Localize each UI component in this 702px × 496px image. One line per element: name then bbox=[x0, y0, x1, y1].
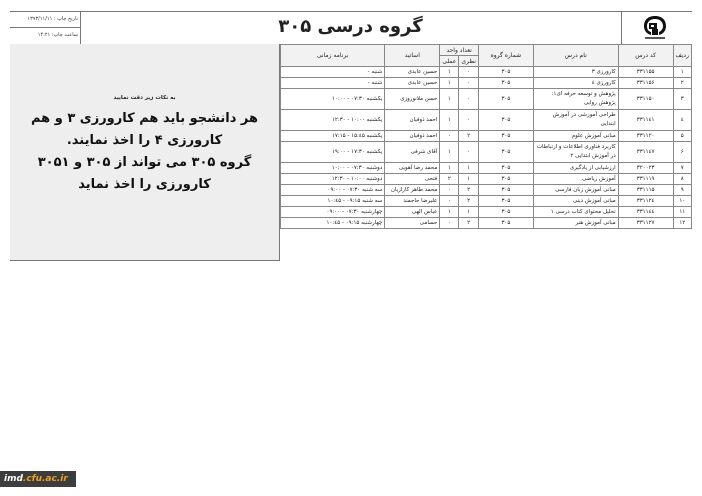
header-units: تعداد واحد bbox=[440, 45, 479, 56]
practical-units: ۰ bbox=[440, 131, 459, 142]
group-number: ۳۰۵ bbox=[478, 78, 533, 89]
course-name: مبانی آموزش علوم bbox=[533, 131, 618, 142]
note-line-1: هر دانشجو باید هم کارورزی ۳ و هم کارورزی… bbox=[10, 108, 279, 152]
header-name: نام درس bbox=[533, 45, 618, 67]
schedule: شنبه - bbox=[281, 78, 385, 89]
course-code: ۳۳۱۱۵۵ bbox=[618, 67, 673, 78]
header-code: کد درس bbox=[618, 45, 673, 67]
group-number: ۳۰۵ bbox=[478, 196, 533, 207]
course-code: ۳۳۱۱۱۵ bbox=[618, 185, 673, 196]
course-code: ۳۳۱۱۲۷ bbox=[618, 218, 673, 229]
row-no: ۱۱ bbox=[673, 207, 691, 218]
course-name: آموزش ریاضی bbox=[533, 174, 618, 185]
table-row: ۷ ۳۲۰۰۲۳ ارزشیابی از یادگیری ۳۰۵ ۱ ۱ محم… bbox=[281, 163, 692, 174]
university-logo-icon bbox=[642, 14, 668, 42]
row-no: ۱ bbox=[673, 67, 691, 78]
practical-units: ۲ bbox=[440, 174, 459, 185]
course-name: ارزشیابی از یادگیری bbox=[533, 163, 618, 174]
theory-units: ۱ bbox=[459, 174, 479, 185]
schedule: یکشنبه ۱۰:۰۰ - ۱۲:۳۰ bbox=[281, 110, 385, 131]
row-no: ۵ bbox=[673, 131, 691, 142]
header-row-no: ردیف bbox=[673, 45, 691, 67]
professor: آقای شرفی bbox=[385, 142, 440, 163]
header: تاریخ چاپ : ۱۳۹۳/۱۱/۱۱ ساعت چاپ: ۱۴:۲۱ گ… bbox=[10, 11, 692, 45]
header-schedule: برنامه زمانی bbox=[281, 45, 385, 67]
row-no: ۷ bbox=[673, 163, 691, 174]
practical-units: ۱ bbox=[440, 163, 459, 174]
course-code: ۳۳۱۱٤۷ bbox=[618, 142, 673, 163]
row-no: ۱۰ bbox=[673, 196, 691, 207]
theory-units: ۲ bbox=[459, 185, 479, 196]
schedule: یکشنبه ۱۵:٤۵ - ۱۷:۱۵ bbox=[281, 131, 385, 142]
courses-table: ردیف کد درس نام درس شماره گروه تعداد واح… bbox=[280, 44, 692, 229]
course-code: ۳۳۱۱۲۰ bbox=[618, 131, 673, 142]
schedule: شنبه - bbox=[281, 67, 385, 78]
practical-units: ۰ bbox=[440, 185, 459, 196]
note-line-2: گروه ۳۰۵ می تواند از ۳۰۵ و ۳۰۵۱ کارورزی … bbox=[10, 152, 279, 196]
course-name: کاربرد فناوری اطلاعات و ارتباطات در آموز… bbox=[533, 142, 618, 163]
row-no: ۹ bbox=[673, 185, 691, 196]
professor: محمد رضا آهویی bbox=[385, 163, 440, 174]
practical-units: ۱ bbox=[440, 110, 459, 131]
theory-units: ۲ bbox=[459, 218, 479, 229]
professor: احمد ذوفیان bbox=[385, 131, 440, 142]
table-row: ۵ ۳۳۱۱۲۰ مبانی آموزش علوم ۳۰۵ ۲ ۰ احمد ذ… bbox=[281, 131, 692, 142]
professor: فتحی bbox=[385, 174, 440, 185]
group-number: ۳۰۵ bbox=[478, 174, 533, 185]
group-number: ۳۰۵ bbox=[478, 163, 533, 174]
schedule: یکشنبه ۰۷:۳۰ - ۱۰:۰۰ bbox=[281, 89, 385, 110]
site-watermark: imd.cfu.ac.ir bbox=[0, 471, 76, 487]
course-code: ۳۳۱۱٤٤ bbox=[618, 207, 673, 218]
course-code: ۳۳۱۱۵۰ bbox=[618, 89, 673, 110]
professor: حسین عابدی bbox=[385, 78, 440, 89]
schedule: دوشنبه ۰۷:۳۰ - ۱۰:۰۰ bbox=[281, 163, 385, 174]
course-code: ۳۳۱۱۱۹ bbox=[618, 174, 673, 185]
practical-units: ۱ bbox=[440, 207, 459, 218]
row-no: ۳ bbox=[673, 89, 691, 110]
watermark-prefix: imd bbox=[4, 474, 23, 484]
course-name: کارورزی ٤ bbox=[533, 78, 618, 89]
group-number: ۳۰۵ bbox=[478, 110, 533, 131]
watermark-domain: .cfu.ac.ir bbox=[23, 474, 68, 484]
table-row: ۱ ۳۳۱۱۵۵ کارورزی ۳ ۳۰۵ ۰ ۱ حسین عابدی شن… bbox=[281, 67, 692, 78]
group-number: ۳۰۵ bbox=[478, 67, 533, 78]
professor: احمد ذوفیان bbox=[385, 110, 440, 131]
theory-units: ۰ bbox=[459, 110, 479, 131]
course-code: ۳۳۱۱۲٤ bbox=[618, 196, 673, 207]
theory-units: ۰ bbox=[459, 142, 479, 163]
table-row: ۸ ۳۳۱۱۱۹ آموزش ریاضی ۳۰۵ ۱ ۲ فتحی دوشنبه… bbox=[281, 174, 692, 185]
row-no: ۸ bbox=[673, 174, 691, 185]
theory-units: ۲ bbox=[459, 196, 479, 207]
print-date: تاریخ چاپ : ۱۳۹۳/۱۱/۱۱ bbox=[10, 12, 80, 28]
group-number: ۳۰۵ bbox=[478, 207, 533, 218]
notes-body: هر دانشجو باید هم کارورزی ۳ و هم کارورزی… bbox=[10, 108, 279, 196]
table-row: ۱۱ ۳۳۱۱٤٤ تحلیل محتوای کتاب درسی ۱ ۳۰۵ ۱… bbox=[281, 207, 692, 218]
row-no: ۶ bbox=[673, 142, 691, 163]
schedule: یکشنبه ۱۷:۳۰ - ۱۹:۰۰ bbox=[281, 142, 385, 163]
theory-units: ۱ bbox=[459, 207, 479, 218]
course-name: مبانی آموزش دینی bbox=[533, 196, 618, 207]
course-code: ۳۲۰۰۲۳ bbox=[618, 163, 673, 174]
table-row: ۲ ۳۳۱۱۵۶ کارورزی ٤ ۳۰۵ ۰ ۱ حسین عابدی شن… bbox=[281, 78, 692, 89]
table-row: ۱۲ ۳۳۱۱۲۷ مبانی آموزش هنر ۳۰۵ ۲ ۰ حسامی … bbox=[281, 218, 692, 229]
page-title: گروه درسی ۳۰۵ bbox=[81, 12, 620, 44]
professor: عباس الهی bbox=[385, 207, 440, 218]
print-info-box: تاریخ چاپ : ۱۳۹۳/۱۱/۱۱ ساعت چاپ: ۱۴:۲۱ bbox=[10, 12, 81, 44]
professor: محمد طاهر کارازیان bbox=[385, 185, 440, 196]
header-professor: اساتید bbox=[385, 45, 440, 67]
header-theory: نظری bbox=[459, 56, 479, 67]
professor: حسامی bbox=[385, 218, 440, 229]
theory-units: ۰ bbox=[459, 67, 479, 78]
professor: حسن ملانوروزی bbox=[385, 89, 440, 110]
theory-units: ۰ bbox=[459, 78, 479, 89]
schedule: چهارشنبه ۰۹:۱۵ - ۱۰:٤۵ bbox=[281, 218, 385, 229]
print-time: ساعت چاپ: ۱۴:۲۱ bbox=[10, 28, 80, 43]
professor: حسین عابدی bbox=[385, 67, 440, 78]
logo-box bbox=[621, 12, 692, 44]
table-row: ۳ ۳۳۱۱۵۰ پژوهش و توسعه حرفه ای۱: پژوهش ر… bbox=[281, 89, 692, 110]
theory-units: ۰ bbox=[459, 89, 479, 110]
group-number: ۳۰۵ bbox=[478, 142, 533, 163]
header-practical: عملی bbox=[440, 56, 459, 67]
schedule: سه شنبه ۰۹:۱۵ - ۱۰:٤۵ bbox=[281, 196, 385, 207]
course-code: ۳۳۱۱۵۶ bbox=[618, 78, 673, 89]
theory-units: ۲ bbox=[459, 131, 479, 142]
row-no: ۱۲ bbox=[673, 218, 691, 229]
schedule: سه شنبه ۰۷:۳۰ - ۰۹:۰۰ bbox=[281, 185, 385, 196]
group-number: ۳۰۵ bbox=[478, 218, 533, 229]
professor: علیرضا حاجمند bbox=[385, 196, 440, 207]
row-no: ۲ bbox=[673, 78, 691, 89]
course-name: تحلیل محتوای کتاب درسی ۱ bbox=[533, 207, 618, 218]
practical-units: ۰ bbox=[440, 218, 459, 229]
group-number: ۳۰۵ bbox=[478, 89, 533, 110]
notes-box: به نکات زیر دقت نمایید هر دانشجو باید هم… bbox=[10, 44, 280, 261]
practical-units: ۱ bbox=[440, 67, 459, 78]
table-row: ۱۰ ۳۳۱۱۲٤ مبانی آموزش دینی ۳۰۵ ۲ ۰ علیرض… bbox=[281, 196, 692, 207]
schedule: دوشنبه ۱۰:۰۰ - ۱۲:۳۰ bbox=[281, 174, 385, 185]
row-no: ٤ bbox=[673, 110, 691, 131]
course-name: پژوهش و توسعه حرفه ای۱: پژوهش روایی bbox=[533, 89, 618, 110]
practical-units: ۱ bbox=[440, 142, 459, 163]
table-row: ۶ ۳۳۱۱٤۷ کاربرد فناوری اطلاعات و ارتباطا… bbox=[281, 142, 692, 163]
course-name: مبانی آموزش زبان فارسی bbox=[533, 185, 618, 196]
header-group: شماره گروه bbox=[478, 45, 533, 67]
group-number: ۳۰۵ bbox=[478, 185, 533, 196]
course-name: مبانی آموزش هنر bbox=[533, 218, 618, 229]
theory-units: ۱ bbox=[459, 163, 479, 174]
practical-units: ۱ bbox=[440, 89, 459, 110]
schedule: چهارشنبه ۰۷:۳۰ - ۰۹:۰۰ bbox=[281, 207, 385, 218]
practical-units: ۱ bbox=[440, 78, 459, 89]
course-code: ۳۳۱۱٤۱ bbox=[618, 110, 673, 131]
notes-heading: به نکات زیر دقت نمایید bbox=[10, 95, 279, 101]
group-number: ۳۰۵ bbox=[478, 131, 533, 142]
course-name: کارورزی ۳ bbox=[533, 67, 618, 78]
table-row: ۹ ۳۳۱۱۱۵ مبانی آموزش زبان فارسی ۳۰۵ ۲ ۰ … bbox=[281, 185, 692, 196]
table-row: ٤ ۳۳۱۱٤۱ طراحی آموزشی در آموزش ابتدایی ۳… bbox=[281, 110, 692, 131]
course-name: طراحی آموزشی در آموزش ابتدایی bbox=[533, 110, 618, 131]
practical-units: ۰ bbox=[440, 196, 459, 207]
